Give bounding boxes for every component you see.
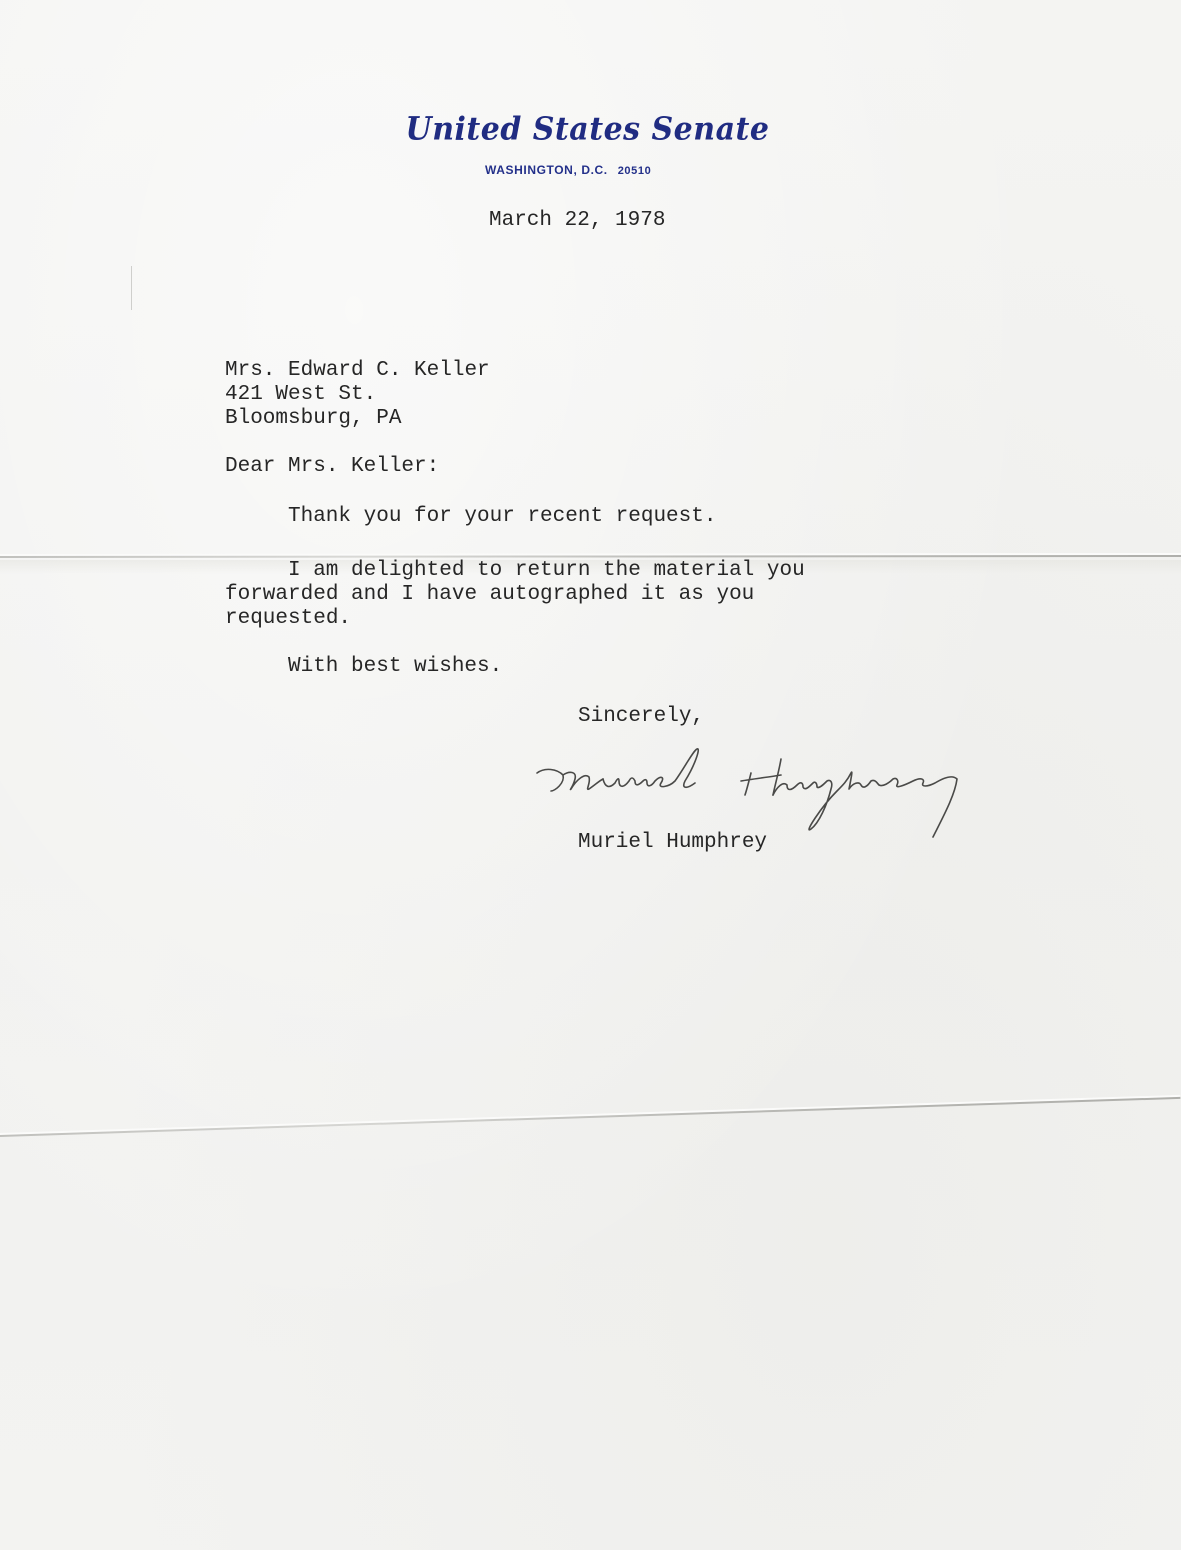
letter-date: March 22, 1978: [489, 209, 665, 233]
letterhead-zip: 20510: [618, 165, 652, 177]
fold-crease-bottom: [0, 1095, 1180, 1139]
letterhead-title: United States Senate: [0, 111, 1178, 148]
body-paragraph-1-text: Thank you for your recent request.: [288, 505, 716, 528]
recipient-name: Mrs. Edward C. Keller: [225, 359, 490, 383]
letterhead-city: WASHINGTON, D.C.: [485, 163, 608, 177]
signer-typed-name: Muriel Humphrey: [578, 831, 767, 855]
salutation: Dear Mrs. Keller:: [225, 455, 439, 479]
body-paragraph-1: Thank you for your recent request.: [225, 505, 716, 529]
body-paragraph-2-line-3: requested.: [225, 607, 805, 631]
body-paragraph-3-text: With best wishes.: [288, 655, 502, 678]
body-paragraph-3: With best wishes.: [225, 655, 502, 679]
closing: Sincerely,: [578, 705, 704, 729]
paper-scratch-mark: [131, 266, 132, 310]
handwritten-signature: [525, 745, 995, 840]
letter-paper: United States Senate WASHINGTON, D.C.205…: [0, 0, 1181, 1550]
body-paragraph-2-line-1: I am delighted to return the material yo…: [288, 559, 805, 582]
recipient-address: Mrs. Edward C. Keller421 West St.Bloomsb…: [225, 359, 490, 431]
body-paragraph-2-line-2: forwarded and I have autographed it as y…: [225, 583, 805, 607]
recipient-city-state: Bloomsburg, PA: [225, 407, 490, 431]
body-paragraph-2: I am delighted to return the material yo…: [225, 559, 805, 631]
letterhead-address: WASHINGTON, D.C.20510: [485, 163, 651, 177]
recipient-street: 421 West St.: [225, 383, 490, 407]
